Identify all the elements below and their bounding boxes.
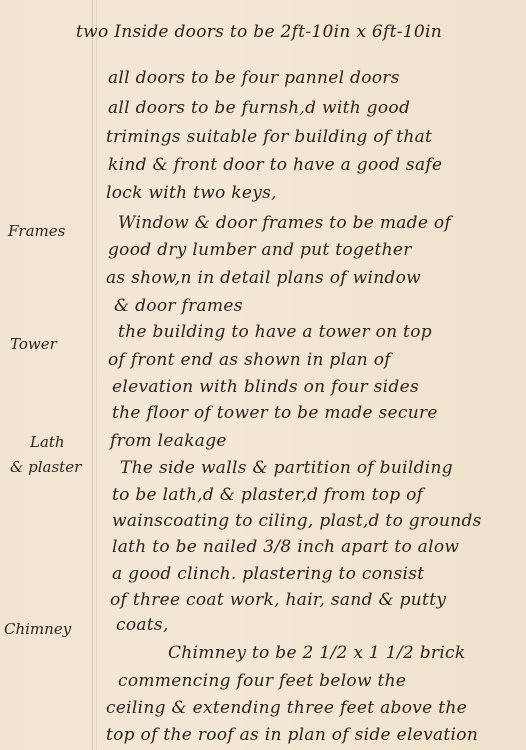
text-line: to be lath,d & plaster,d from top of [112, 485, 423, 505]
text-line: commencing four feet below the [118, 671, 406, 691]
text-line: & door frames [114, 296, 243, 316]
text-line: as show,n in detail plans of window [106, 268, 421, 288]
text-line: good dry lumber and put together [108, 240, 412, 260]
margin-note: Frames [8, 222, 65, 240]
text-line: wainscoating to ciling, plast,d to groun… [112, 511, 482, 531]
text-line: top of the roof as in plan of side eleva… [106, 725, 478, 745]
margin-note: & plaster [10, 458, 81, 476]
text-line: all doors to be four pannel doors [108, 68, 400, 88]
text-line: the building to have a tower on top [118, 322, 432, 342]
document-page: FramesTowerLath& plasterChimney two Insi… [0, 0, 526, 750]
margin-rule [92, 0, 93, 750]
margin-note: Chimney [4, 620, 71, 638]
text-line: of front end as shown in plan of [108, 350, 391, 370]
margin-rule [96, 0, 97, 750]
text-line: Chimney to be 2 1/2 x 1 1/2 brick [168, 643, 465, 663]
text-line: all doors to be furnsh,d with good [108, 98, 410, 118]
text-line: lock with two keys, [106, 183, 277, 203]
text-line: lath to be nailed 3/8 inch apart to alow [112, 537, 459, 557]
margin-note: Tower [10, 335, 57, 353]
text-line: The side walls & partition of building [120, 458, 453, 478]
text-line: trimings suitable for building of that [106, 127, 432, 147]
text-line: from leakage [110, 431, 227, 451]
text-line: coats, [116, 615, 169, 635]
margin-note: Lath [30, 433, 65, 451]
text-line: elevation with blinds on four sides [112, 377, 419, 397]
text-line: two Inside doors to be 2ft-10in x 6ft-10… [76, 22, 442, 42]
text-line: the floor of tower to be made secure [112, 403, 438, 423]
text-line: of three coat work, hair, sand & putty [110, 590, 446, 610]
text-line: ceiling & extending three feet above the [106, 698, 467, 718]
text-line: kind & front door to have a good safe [108, 155, 442, 175]
text-line: Window & door frames to be made of [118, 213, 451, 233]
text-line: a good clinch. plastering to consist [112, 564, 424, 584]
